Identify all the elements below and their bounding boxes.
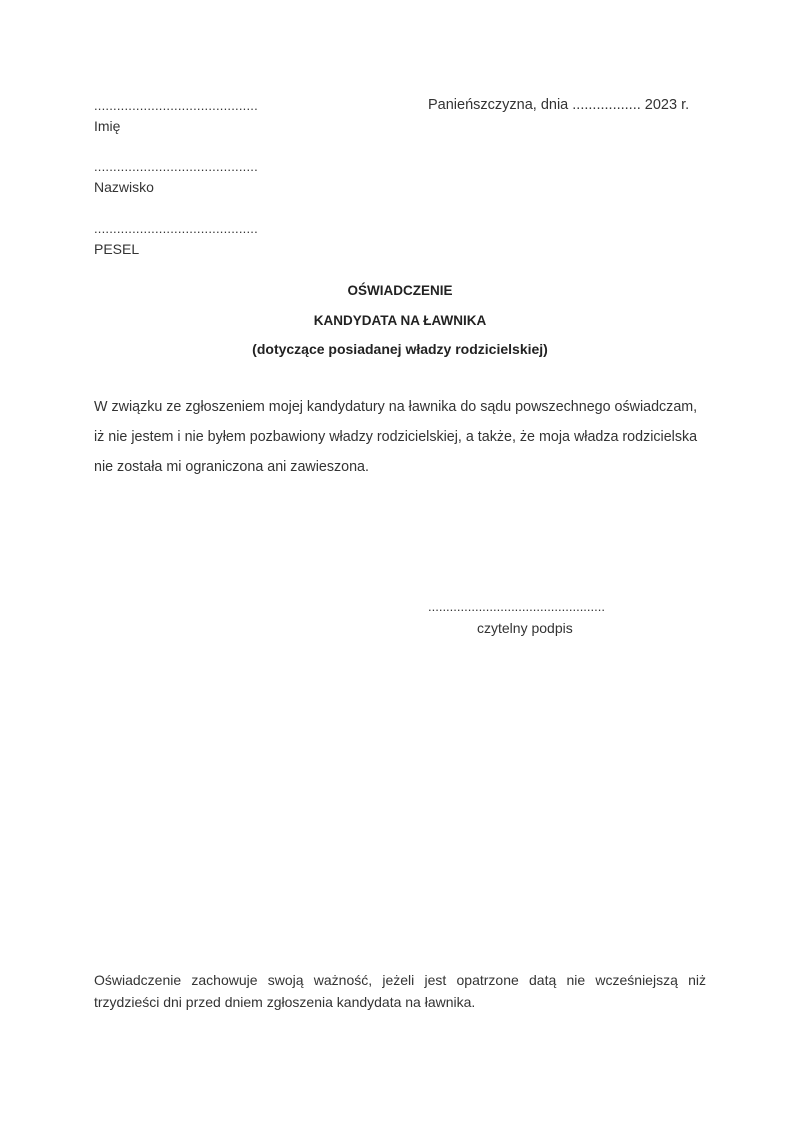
validity-note: Oświadczenie zachowuje swoją ważność, je… <box>94 969 706 1013</box>
surname-label: Nazwisko <box>94 179 154 195</box>
pesel-blank: ........................................… <box>94 221 258 236</box>
document-subtitle: KANDYDATA NA ŁAWNIKA <box>0 313 800 328</box>
signature-blank: ........................................… <box>428 599 605 614</box>
signature-label: czytelny podpis <box>477 620 573 636</box>
document-scope: (dotyczące posiadanej władzy rodzicielsk… <box>0 341 800 357</box>
place-and-date: Panieńszczyzna, dnia ................. 2… <box>428 97 689 113</box>
first-name-blank: ........................................… <box>94 98 258 113</box>
surname-blank: ........................................… <box>94 159 258 174</box>
declaration-paragraph: W związku ze zgłoszeniem mojej kandydatu… <box>94 392 708 482</box>
pesel-label: PESEL <box>94 241 139 257</box>
document-title: OŚWIADCZENIE <box>0 283 800 298</box>
first-name-label: Imię <box>94 118 120 134</box>
